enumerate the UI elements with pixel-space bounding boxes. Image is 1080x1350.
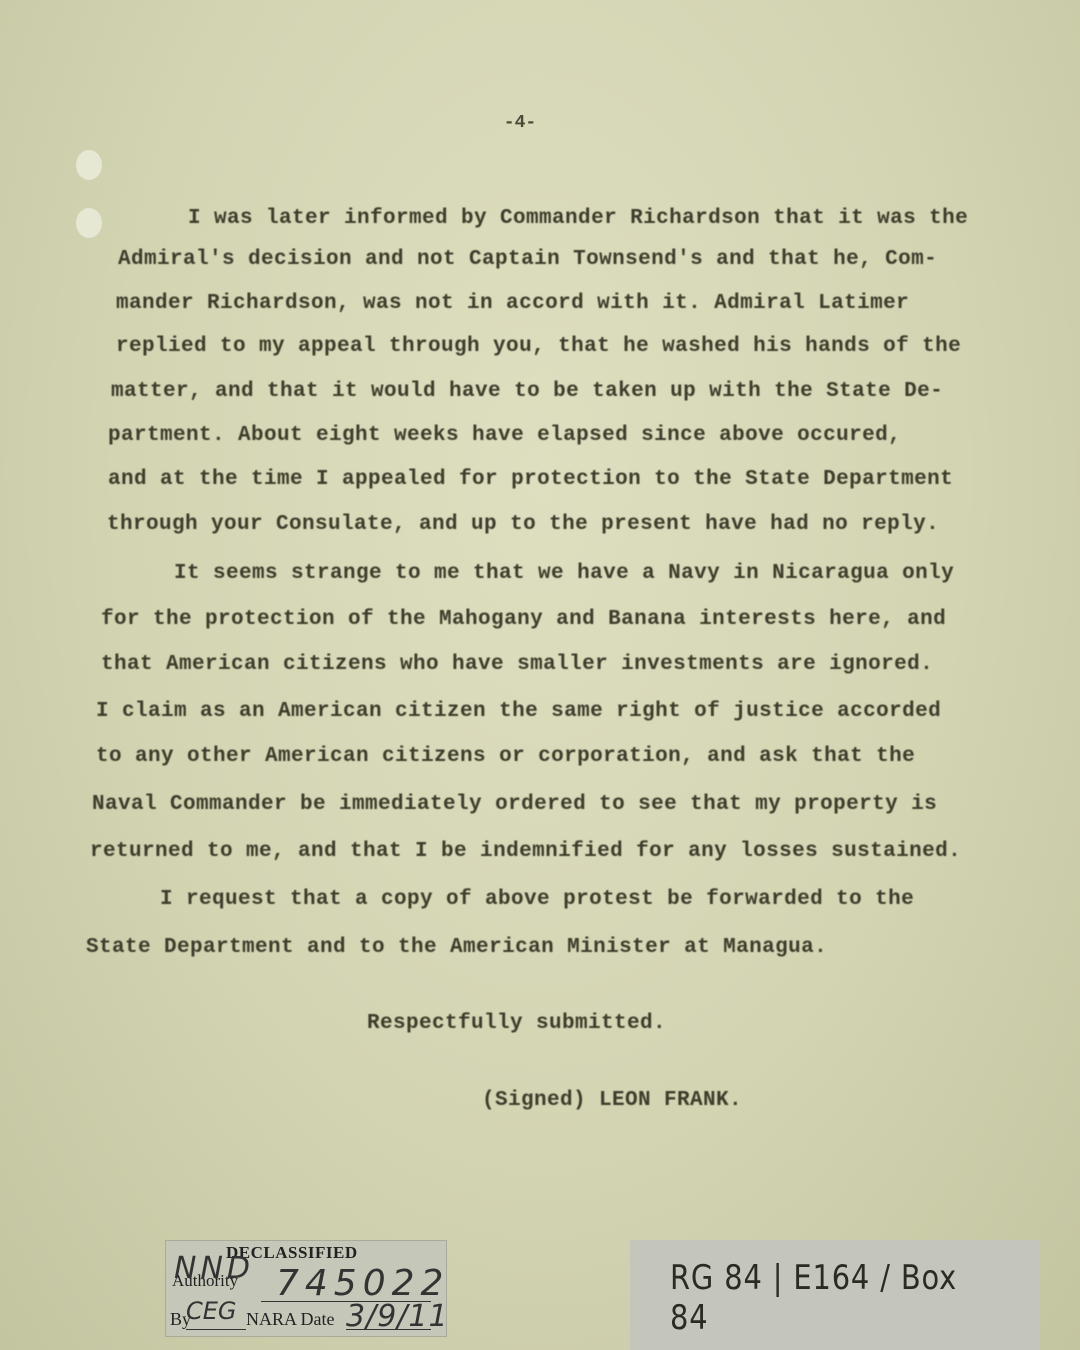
authority-prefix: NND [174, 1251, 254, 1286]
declassified-stamp: DECLASSIFIED Authority NND 745022 By CEG… [165, 1240, 447, 1337]
punch-hole [76, 208, 102, 238]
body-line: I was later informed by Commander Richar… [188, 207, 968, 230]
body-line: State Department and to the American Min… [86, 936, 827, 959]
body-line: and at the time I appealed for protectio… [108, 468, 953, 491]
body-line: Naval Commander be immediately ordered t… [92, 793, 937, 816]
body-line: that American citizens who have smaller … [101, 653, 933, 676]
body-line: Admiral's decision and not Captain Towns… [118, 248, 937, 271]
by-initials: CEG [186, 1297, 237, 1325]
page-number: -4- [0, 113, 1040, 133]
body-line: returned to me, and that I be indemnifie… [90, 840, 961, 863]
agency-label: NARA Date [246, 1309, 335, 1330]
body-line: through your Consulate, and up to the pr… [107, 513, 939, 536]
body-line: partment. About eight weeks have elapsed… [108, 424, 901, 447]
archive-label-text: RG 84 | E164 / Box 84 [670, 1258, 985, 1338]
body-line: mander Richardson, was not in accord wit… [116, 292, 909, 315]
punch-hole [76, 150, 102, 180]
body-line: It seems strange to me that we have a Na… [174, 562, 954, 585]
body-line: to any other American citizens or corpor… [96, 745, 915, 768]
date-rule [346, 1329, 431, 1330]
authority-number: 745022 [276, 1263, 449, 1304]
body-line: replied to my appeal through you, that h… [116, 335, 961, 358]
agency-text: NARA [246, 1309, 296, 1329]
date-label: Date [301, 1309, 335, 1329]
body-line: I claim as an American citizen the same … [96, 700, 941, 723]
archive-label: RG 84 | E164 / Box 84 [630, 1240, 1040, 1350]
signature: (Signed) LEON FRANK. [482, 1089, 742, 1112]
by-rule [186, 1329, 246, 1330]
body-line: matter, and that it would have to be tak… [111, 380, 943, 403]
closing: Respectfully submitted. [367, 1012, 666, 1035]
document-page: -4- I was later informed by Commander Ri… [0, 0, 1080, 1350]
body-line: for the protection of the Mahogany and B… [101, 608, 946, 631]
body-line: I request that a copy of above protest b… [160, 888, 914, 911]
